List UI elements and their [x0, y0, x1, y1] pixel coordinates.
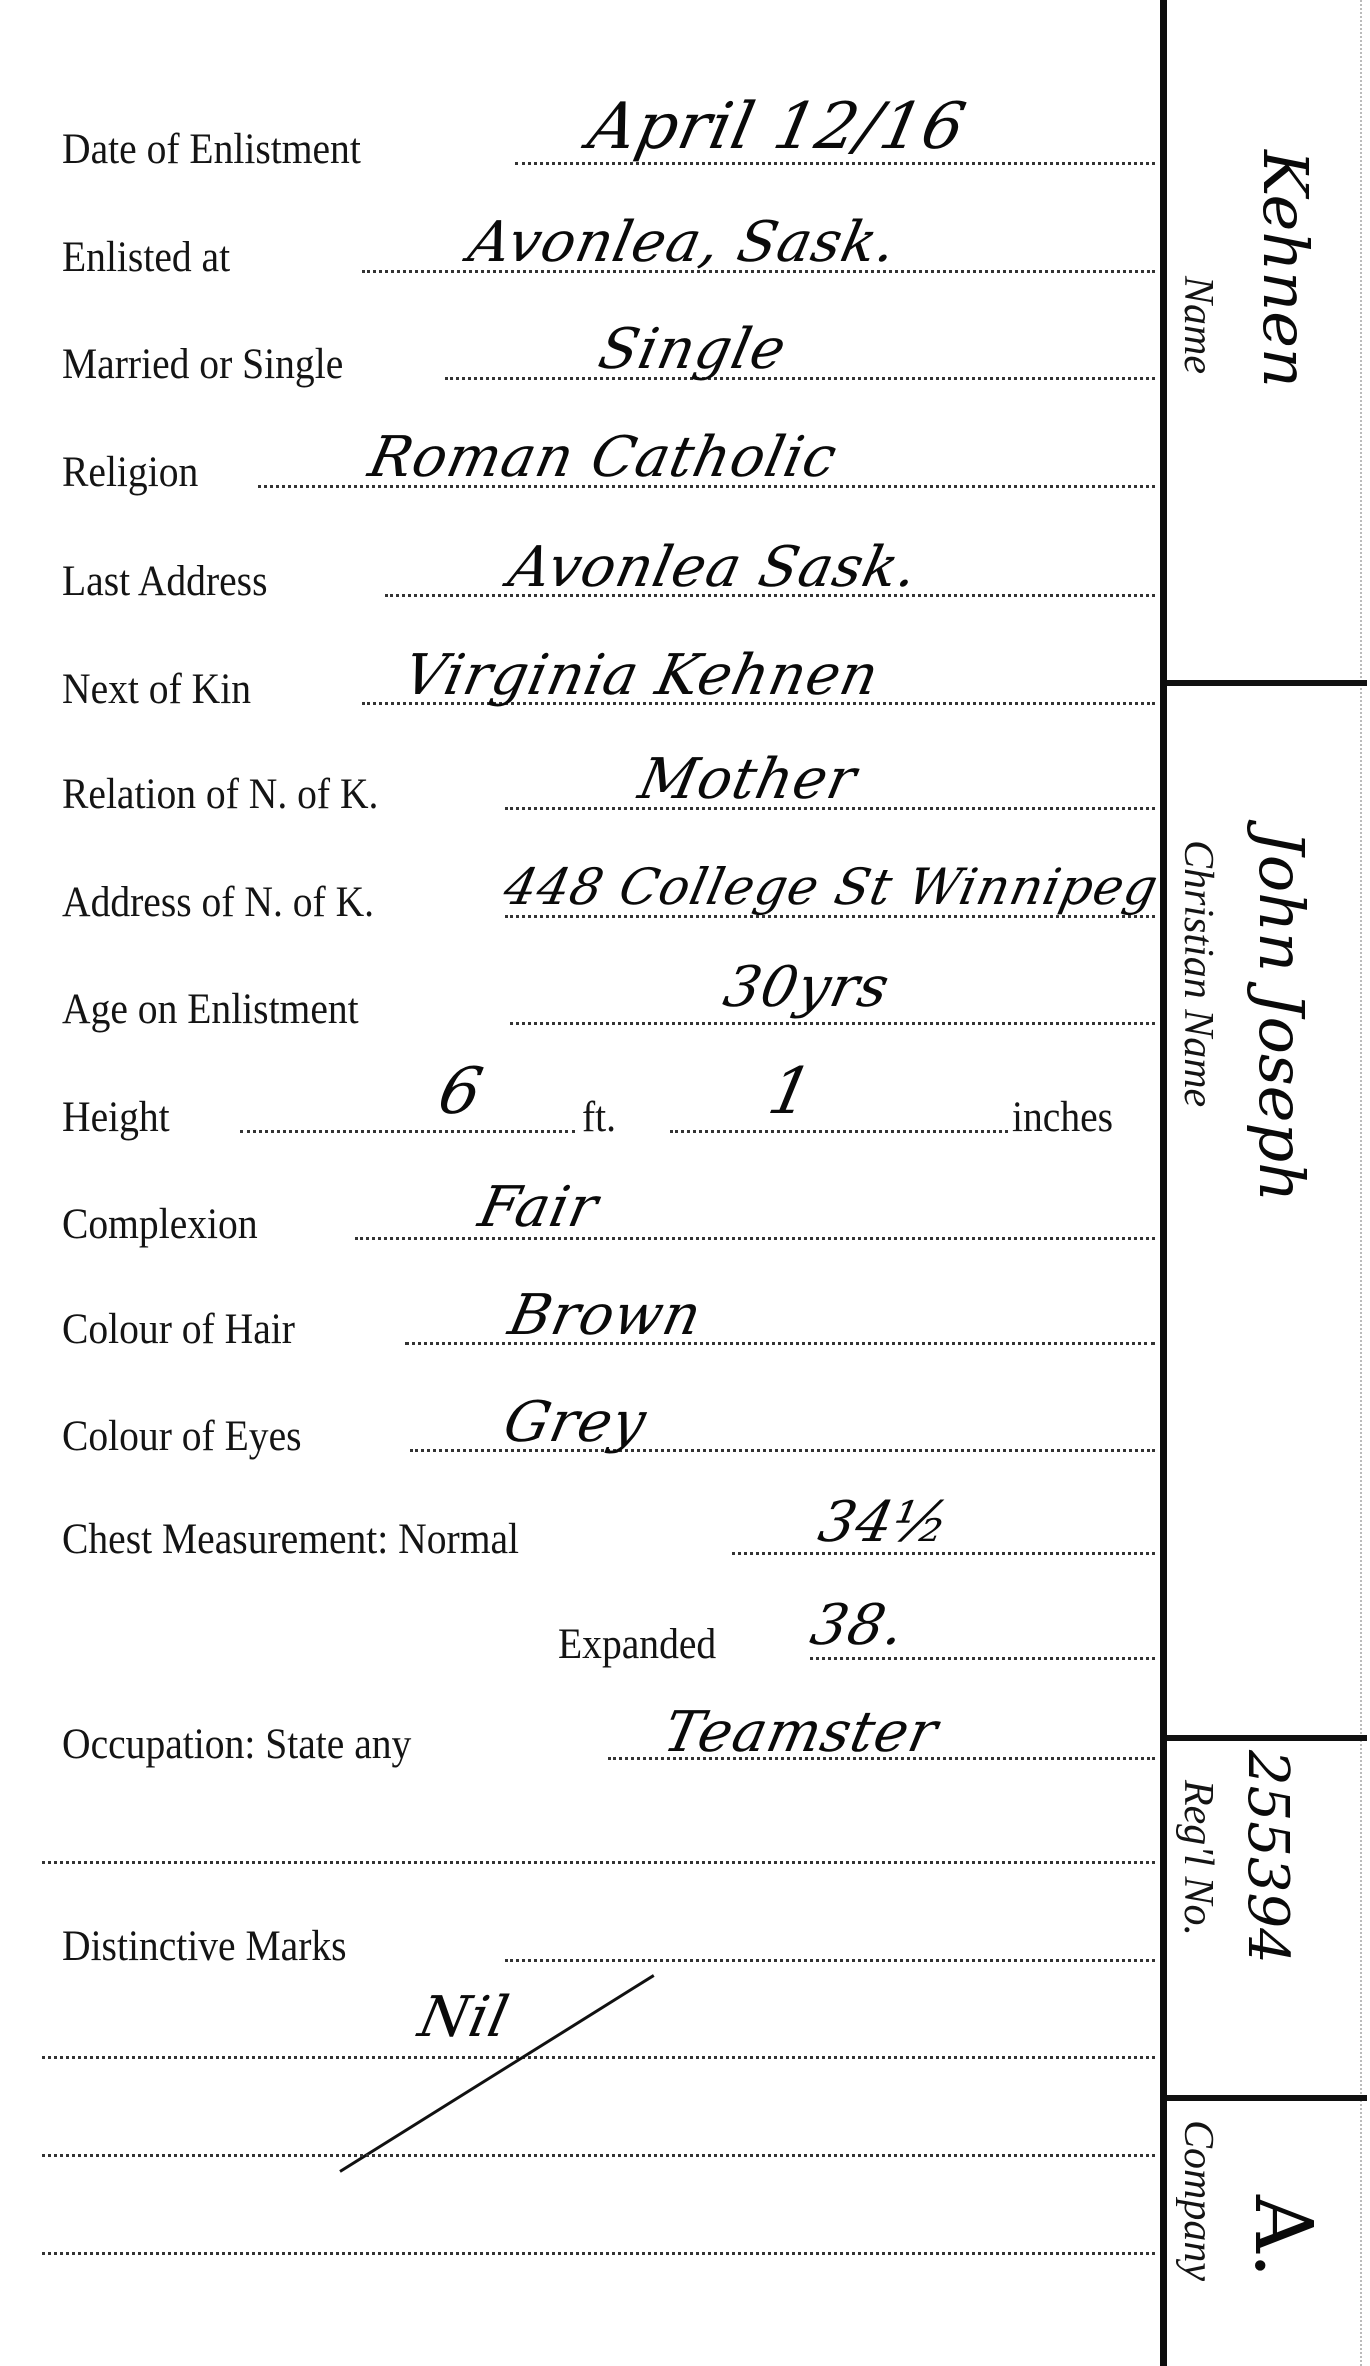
label-complexion: Complexion: [62, 1203, 258, 1246]
value-height-ft: 6: [433, 1060, 488, 1124]
name-label: Name: [1174, 276, 1222, 374]
regl-no-value: 255394: [1235, 1750, 1300, 1964]
label-inches: inches: [1012, 1096, 1113, 1139]
label-chest-expanded: Expanded: [558, 1623, 716, 1666]
dotted-line: [42, 2154, 1155, 2157]
label-last-address: Last Address: [62, 560, 267, 603]
name-value: Kehnen: [1249, 150, 1322, 388]
value-date-of-enlistment: April 12/16: [583, 95, 971, 159]
label-relation-of-nok: Relation of N. of K.: [62, 773, 378, 816]
dotted-line: [445, 377, 1155, 380]
company-value: A.: [1237, 2195, 1330, 2278]
divider-name: [1167, 680, 1367, 686]
dotted-line: [42, 2252, 1155, 2255]
value-occupation: Teamster: [659, 1705, 943, 1761]
label-address-of-nok: Address of N. of K.: [62, 881, 374, 924]
value-distinctive-marks: Nil: [414, 1990, 514, 2046]
value-complexion: Fair: [474, 1180, 603, 1236]
dotted-line: [510, 1022, 1155, 1025]
label-age-on-enlistment: Age on Enlistment: [62, 988, 359, 1031]
enlistment-record-card: Name Kehnen Christian Name John Joseph R…: [0, 0, 1370, 2366]
dotted-line: [42, 2056, 1155, 2059]
regl-no-label: Reg'l No.: [1174, 1780, 1222, 1936]
value-next-of-kin: Virginia Kehnen: [399, 648, 884, 704]
value-enlisted-at: Avonlea, Sask.: [464, 215, 902, 271]
dotted-line: [42, 1861, 1155, 1864]
company-label: Company: [1174, 2120, 1222, 2281]
label-occupation: Occupation: State any: [62, 1723, 411, 1766]
dotted-line: [505, 1959, 1155, 1962]
dotted-line: [670, 1130, 1008, 1133]
label-date-of-enlistment: Date of Enlistment: [62, 128, 361, 171]
christian-name-value: John Joseph: [1245, 830, 1318, 1202]
dotted-line: [732, 1552, 1155, 1555]
label-chest-normal: Chest Measurement: Normal: [62, 1518, 519, 1561]
value-colour-of-eyes: Grey: [499, 1395, 651, 1451]
label-married-or-single: Married or Single: [62, 343, 343, 386]
christian-name-label: Christian Name: [1174, 840, 1222, 1107]
column-divider: [1160, 0, 1167, 2366]
label-colour-of-eyes: Colour of Eyes: [62, 1415, 302, 1458]
value-height-inches: 1: [763, 1060, 818, 1124]
label-height: Height: [62, 1096, 170, 1139]
label-religion: Religion: [62, 451, 198, 494]
label-next-of-kin: Next of Kin: [62, 668, 251, 711]
right-edge-faint-line: [1360, 0, 1362, 2366]
label-colour-of-hair: Colour of Hair: [62, 1308, 295, 1351]
value-chest-normal: 34½: [814, 1495, 954, 1551]
value-address-of-nok: 448 College St Winnipeg: [500, 862, 1163, 912]
divider-christian-name: [1167, 1735, 1367, 1741]
value-married-or-single: Single: [594, 322, 791, 378]
label-distinctive-marks: Distinctive Marks: [62, 1925, 347, 1968]
label-ft: ft.: [582, 1096, 616, 1139]
dotted-line: [240, 1130, 575, 1133]
value-last-address: Avonlea Sask.: [504, 540, 923, 596]
value-age-on-enlistment: 30yrs: [719, 960, 894, 1016]
label-enlisted-at: Enlisted at: [62, 236, 230, 279]
value-colour-of-hair: Brown: [504, 1288, 707, 1344]
divider-regl-no: [1167, 2095, 1367, 2101]
value-religion: Roman Catholic: [364, 430, 842, 486]
value-chest-expanded: 38.: [806, 1598, 910, 1654]
value-relation-of-nok: Mother: [634, 752, 861, 808]
